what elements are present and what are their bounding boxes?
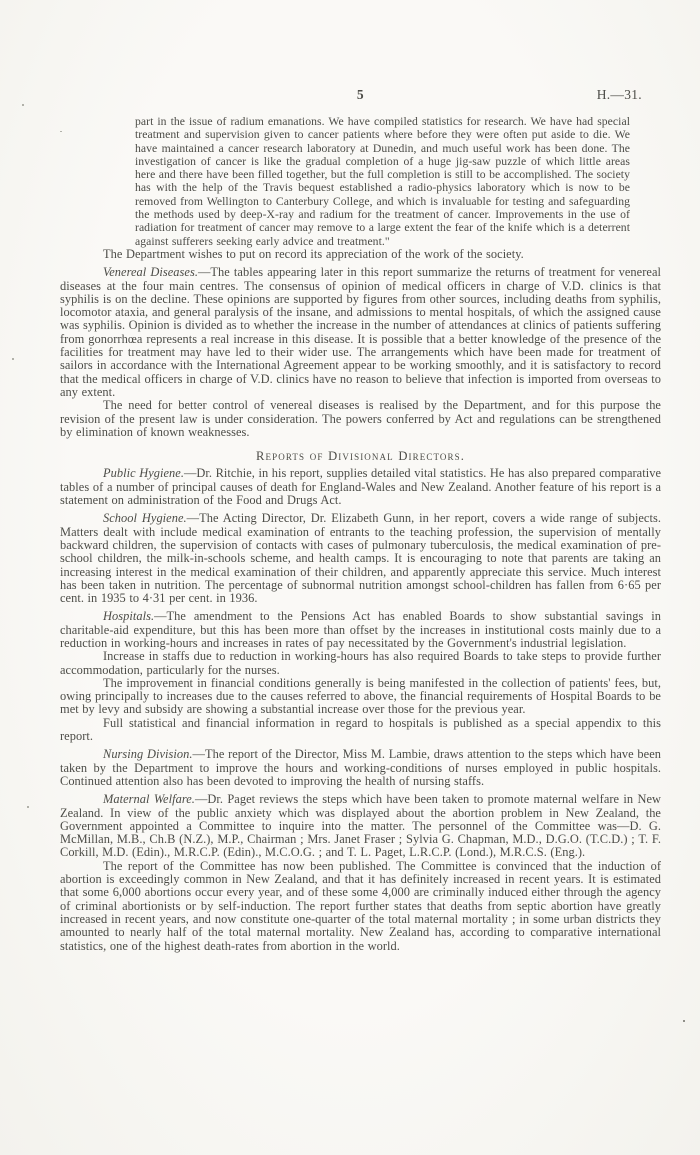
- paragraph-financial-conditions: The improvement in financial conditions …: [60, 677, 661, 717]
- paragraph-nursing-division: Nursing Division.—The report of the Dire…: [60, 748, 661, 788]
- scan-speck: [60, 131, 62, 132]
- scan-speck: [683, 1020, 685, 1022]
- paragraph-lead-public-hygiene: Public Hygiene.: [103, 466, 184, 480]
- paragraph-public-hygiene: Public Hygiene.—Dr. Ritchie, in his repo…: [60, 467, 661, 507]
- blockquote-cancer-society-report: part in the issue of radium emanations. …: [135, 115, 630, 248]
- scanned-report-page: 5 H.—31. part in the issue of radium ema…: [0, 0, 700, 1155]
- page-header: 5 H.—31.: [60, 87, 661, 105]
- section-heading-divisional-directors: Reports of Divisional Directors.: [60, 450, 661, 463]
- scan-speck: [27, 806, 29, 808]
- paragraph-school-hygiene: School Hygiene.—The Acting Director, Dr.…: [60, 512, 661, 605]
- paragraph-text-school-hygiene: —The Acting Director, Dr. Elizabeth Gunn…: [60, 511, 661, 605]
- paragraph-lead-venereal-diseases: Venereal Diseases.: [103, 265, 198, 279]
- paragraph-department-appreciation: The Department wishes to put on record i…: [60, 248, 661, 261]
- document-reference: H.—31.: [597, 87, 642, 103]
- page-number: 5: [60, 87, 661, 103]
- paragraph-statistical-appendix: Full statistical and financial informati…: [60, 717, 661, 744]
- page-body: part in the issue of radium emanations. …: [60, 115, 661, 953]
- paragraph-lead-nursing-division: Nursing Division.: [103, 747, 193, 761]
- scan-speck: [12, 358, 14, 360]
- paragraph-vd-control: The need for better control of venereal …: [60, 399, 661, 439]
- paragraph-abortion-committee-report: The report of the Committee has now been…: [60, 860, 661, 953]
- scan-speck: [22, 104, 24, 106]
- paragraph-maternal-welfare: Maternal Welfare.—Dr. Paget reviews the …: [60, 793, 661, 859]
- paragraph-lead-hospitals: Hospitals.: [103, 609, 154, 623]
- paragraph-venereal-diseases: Venereal Diseases.—The tables appearing …: [60, 266, 661, 399]
- paragraph-staff-increase: Increase in staffs due to reduction in w…: [60, 650, 661, 677]
- paragraph-text-venereal-diseases: —The tables appearing later in this repo…: [60, 265, 661, 399]
- paragraph-lead-maternal-welfare: Maternal Welfare.: [103, 792, 195, 806]
- paragraph-hospitals: Hospitals.—The amendment to the Pensions…: [60, 610, 661, 650]
- paragraph-lead-school-hygiene: School Hygiene.: [103, 511, 187, 525]
